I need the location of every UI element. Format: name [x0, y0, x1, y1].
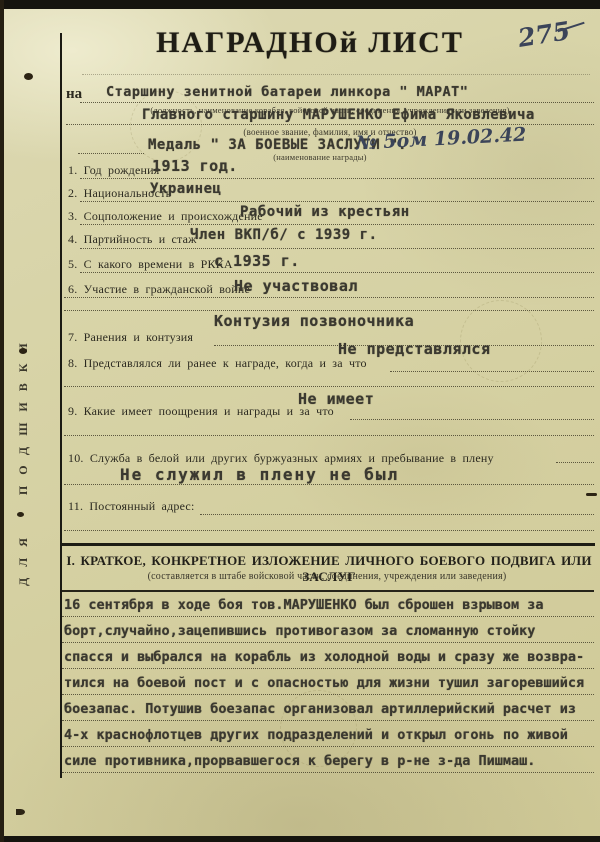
field-7-text: Ранения и контузия — [84, 330, 194, 344]
narrative-line: 4-х краснофлотцев других подразделений и… — [64, 727, 568, 743]
ruled-line — [64, 530, 594, 531]
section-divider — [62, 543, 595, 546]
ruled-line — [78, 153, 144, 154]
field-9-label: 9. Какие имеет поощрения и награды и за … — [68, 404, 334, 419]
field-7-number: 7. — [68, 330, 77, 344]
field-6-label: 6. Участие в гражданской войне — [68, 282, 250, 297]
field-1-text: Год рождения — [84, 163, 160, 177]
award-sheet-page: ДЛЯ ПОДШИВКИ НАГРАДНОй ЛИСТ 275 на Старш… — [0, 0, 600, 842]
field-10-text: Служба в белой или других буржуазных арм… — [90, 451, 494, 465]
ruled-line — [64, 484, 594, 485]
field-5-text: С какого времени в РККА — [84, 257, 233, 271]
ruled-line — [350, 419, 594, 420]
field-6-value: Не участвовал — [234, 277, 358, 295]
ruled-line — [62, 694, 594, 695]
field-6-number: 6. — [68, 282, 77, 296]
ruled-line — [82, 74, 590, 75]
scan-edge-top — [0, 0, 600, 9]
ruled-line — [64, 297, 594, 298]
field-3-text: Соцположение и происхождение — [84, 209, 263, 223]
ruled-line — [62, 590, 594, 592]
ruled-line — [62, 642, 594, 643]
field-6-text: Участие в гражданской войне — [84, 282, 250, 296]
field-4-text: Партийность и стаж — [84, 232, 197, 246]
field-10-label: 10. Служба в белой или других буржуазных… — [68, 451, 494, 466]
field-8-number: 8. — [68, 356, 77, 370]
narrative-line: 16 сентября в ходе боя тов.МАРУШЕНКО был… — [64, 597, 544, 613]
field-9-text: Какие имеет поощрения и награды и за что — [84, 404, 334, 418]
field-8-text: Представлялся ли ранее к награде, когда … — [84, 356, 367, 370]
field-4-label: 4. Партийность и стаж — [68, 232, 197, 247]
field-7-value: Контузия позвоночника — [214, 312, 414, 330]
ruled-line — [80, 224, 594, 225]
award-caption: (наименование награды) — [220, 152, 420, 162]
ruled-line — [80, 248, 594, 249]
field-8-label: 8. Представлялся ли ранее к награде, ког… — [68, 356, 367, 371]
field-4-number: 4. — [68, 232, 77, 246]
scan-edge-bottom — [0, 836, 600, 842]
ink-speck — [17, 512, 24, 517]
field-1-value: 1913 год. — [152, 157, 238, 175]
field-11-text: Постоянный адрес: — [89, 499, 194, 513]
ruled-line — [64, 435, 594, 436]
ruled-line — [64, 310, 594, 311]
field-5-label: 5. С какого времени в РККА — [68, 257, 233, 272]
ruled-line — [390, 371, 594, 372]
binding-margin-label: ДЛЯ ПОДШИВКИ — [16, 276, 31, 586]
field-11-number: 11. — [68, 499, 83, 513]
ruled-line — [62, 668, 594, 669]
ruled-line — [62, 720, 594, 721]
ruled-line — [556, 462, 594, 463]
ruled-line — [62, 746, 594, 747]
field-3-number: 3. — [68, 209, 77, 223]
ink-speck — [16, 809, 25, 815]
recipient-name: Главного старшину МАРУШЕНКО Ефима Яковле… — [142, 107, 535, 123]
ruled-line — [200, 514, 594, 515]
field-2-number: 2. — [68, 186, 77, 200]
narrative-line: боезапас. Потушив боезапас организовал а… — [64, 701, 576, 717]
page-title: НАГРАДНОй ЛИСТ — [120, 26, 500, 60]
narrative-line: силе противника,прорвавшегося к берегу в… — [64, 753, 535, 769]
narrative-line: спасся и выбрался на корабль из холодной… — [64, 649, 584, 665]
narrative-line: борт,случайно,зацепившись противогазом з… — [64, 623, 535, 639]
hole-punch-mark — [24, 73, 33, 80]
recipient-position: Старшину зенитной батареи линкора " МАРА… — [106, 84, 468, 100]
ruled-line — [80, 272, 594, 273]
field-5-number: 5. — [68, 257, 77, 271]
field-2-value: Украинец — [150, 181, 221, 197]
field-10-number: 10. — [68, 451, 84, 465]
ink-speck — [19, 348, 27, 354]
ruled-line — [62, 616, 594, 617]
field-1-label: 1. Год рождения — [68, 163, 159, 178]
narrative-line: тился на боевой пост и с опасностью для … — [64, 675, 584, 691]
field-1-number: 1. — [68, 163, 77, 177]
scan-edge-left — [0, 0, 4, 842]
ruled-line — [64, 386, 594, 387]
ruled-line — [80, 178, 594, 179]
section1-subheading: (составляется в штабе войсковой части, с… — [64, 571, 590, 582]
field-5-value: с 1935 г. — [214, 252, 300, 270]
recipient-prefix: на — [66, 86, 82, 103]
field-11-label: 11. Постоянный адрес: — [68, 499, 194, 514]
field-3-value: Рабочий из крестьян — [240, 204, 410, 220]
field-10-value: Не служил в плену не был — [120, 465, 399, 484]
field-7-label: 7. Ранения и контузия — [68, 330, 193, 345]
ruled-line — [62, 772, 594, 773]
handwritten-page-number: 275 — [516, 16, 572, 53]
ink-dash — [586, 493, 597, 496]
field-9-number: 9. — [68, 404, 77, 418]
field-3-label: 3. Соцположение и происхождение — [68, 209, 263, 224]
binding-margin-rule — [60, 33, 62, 778]
ruled-line — [80, 201, 594, 202]
field-4-value: Член ВКП/б/ с 1939 г. — [190, 227, 378, 243]
ruled-line — [80, 102, 594, 103]
